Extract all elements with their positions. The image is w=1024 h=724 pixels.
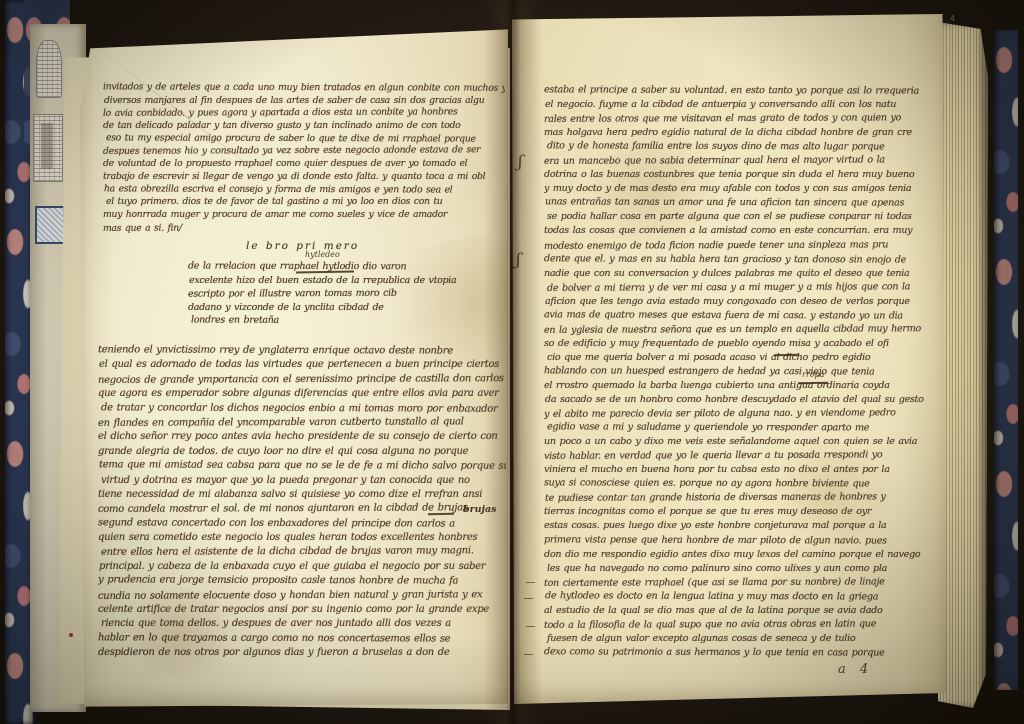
manuscript-line: excelente hizo del buen estado de la rre… xyxy=(188,274,488,288)
manuscript-line: de hytlodeo es docto en la lengua latina… xyxy=(544,589,940,604)
manuscript-line: mas que a si. fin/ xyxy=(103,221,505,235)
manuscript-line: despues tenemos hio y consultado ya vez … xyxy=(103,145,505,159)
manuscript-line: de tan delicado paladar y tan diverso gu… xyxy=(103,120,505,133)
manuscript-line: de tratar y concordar los dichos negocio… xyxy=(98,401,506,417)
manuscript-line: el rrostro quemado la barba luenga cubie… xyxy=(544,379,940,393)
marbled-endpaper-right xyxy=(994,30,1018,690)
manuscript-line: y muy docto y de mas desto era muy afabl… xyxy=(544,182,940,196)
interlinear-correction: rropa xyxy=(802,370,824,379)
pen-flourish: ʃ xyxy=(516,250,521,270)
manuscript-line: cio que me queria bolver a mi posada aca… xyxy=(544,351,940,365)
manuscript-line: rales entre los otros que me visitavan e… xyxy=(544,111,940,127)
manuscript-line: londres en bretaña xyxy=(188,314,488,329)
right-page: estaba el principe a saber su voluntad. … xyxy=(512,14,946,704)
manuscript-line: que agora es emperador sobre algunas dif… xyxy=(98,387,506,401)
manuscript-line: dexo como su patrimonio a sus hermanos y… xyxy=(544,645,940,660)
manuscript-line: modesto enemigo de toda ficion nadie pue… xyxy=(544,238,940,254)
manuscript-line: riencia que toma dellos. y despues de av… xyxy=(98,617,506,631)
margin-correction-note: brujas xyxy=(463,504,497,515)
manuscript-line: dadano y vizconde de la ynclita cibdad d… xyxy=(188,301,488,315)
stamp-engraving-icon xyxy=(35,206,65,244)
manuscript-line: invitados y de arteles que a cada uno mu… xyxy=(103,81,505,95)
letter-closing-paragraph: invitados y de arteles que a cada uno mu… xyxy=(103,82,505,234)
manuscript-line: el negocio. fuyme a la cibdad de antuerp… xyxy=(544,98,940,112)
manuscript-line: grande alegria de todos. de cuyo loor no… xyxy=(98,445,506,459)
manuscript-line: les que ha navegado no como palinuro sin… xyxy=(544,562,940,576)
manuscript-line: teniendo el ynvictissimo rrey de ynglate… xyxy=(98,343,506,359)
manuscript-line: escripto por el illustre varon tomas mor… xyxy=(188,287,488,302)
manuscript-line: trabajo de escrevir si llegar de vengo y… xyxy=(103,171,505,184)
manuscript-line: el dicho señor rrey poco antes avia hech… xyxy=(98,430,506,444)
manuscript-line: quien sera cometido este negocio los qua… xyxy=(98,531,506,545)
manuscript-line: un poco a un cabo y dixo me veis este se… xyxy=(544,435,940,449)
manuscript-line: dente que el. y mas en su habla hera tan… xyxy=(544,252,940,267)
right-page-text: estaba el principe a saber su voluntad. … xyxy=(544,84,940,660)
manuscript-line: ton ciertamente este rraphael (que asi s… xyxy=(544,575,940,591)
quire-signature-mark: a 4 xyxy=(838,662,868,677)
manuscript-line: de voluntad de lo propuesto rraphael com… xyxy=(103,158,505,171)
strikethrough-mark xyxy=(774,354,798,356)
manuscript-line: da sacado se de un honbro como honbre de… xyxy=(544,393,940,407)
manuscript-line: de bolver a mi tierra y de ver mi casa y… xyxy=(544,280,940,296)
manuscript-line: despidieron de nos otros por algunos dia… xyxy=(98,646,506,660)
manuscript-line: te pudiese contar tan grande historia de… xyxy=(544,490,940,506)
manuscript-photo: invitados y de arteles que a cada uno mu… xyxy=(0,0,1024,724)
manuscript-line: hablando con un huesped estrangero de he… xyxy=(544,364,940,379)
manuscript-line: todas las cosas que convienen a la amist… xyxy=(544,224,940,238)
left-page: invitados y de arteles que a cada uno mu… xyxy=(80,28,508,708)
manuscript-line: fuesen de algun valor excepto algunas co… xyxy=(544,632,940,646)
manuscript-line: principal. y cabeza de la enbaxada cuyo … xyxy=(98,560,506,574)
manuscript-line: hablar en lo que trayamos a cargo como n… xyxy=(98,631,506,647)
manuscript-line: segund estava concertado con los enbaxad… xyxy=(98,516,506,532)
monument-engraving-icon xyxy=(33,114,63,182)
manuscript-line: tema que mi amistad sea cabsa para que n… xyxy=(98,458,506,474)
interlinear-correction: hytledeo xyxy=(305,250,340,259)
manuscript-line: visto hablar. en verdad que yo le queria… xyxy=(544,448,940,464)
manuscript-line: como candela mostrar el sol. de mi nonos… xyxy=(98,501,506,517)
manuscript-line: virtud y dotrina es mayor que yo la pued… xyxy=(98,474,506,488)
book-one-opening-paragraph: teniendo el ynvictissimo rrey de ynglate… xyxy=(98,344,506,661)
manuscript-line: viniera el mucho en buena hora por tu ca… xyxy=(544,463,940,477)
manuscript-line: en la yglesia de nuestra señora que es u… xyxy=(544,322,940,338)
manuscript-line: y prudencia era jorge temsicio proposito… xyxy=(98,574,506,590)
margin-dash-mark xyxy=(526,626,535,627)
manuscript-line: don dio me respondio egidio antes dixo m… xyxy=(544,548,940,562)
margin-dash-mark xyxy=(524,598,533,599)
margin-dash-mark xyxy=(524,654,533,655)
manuscript-line: tiene necessidad de mi alabanza salvo si… xyxy=(98,488,506,502)
manuscript-line: todo a la filosofia de la qual supo que … xyxy=(544,617,940,633)
manuscript-line: egidio vase a mi y saludame y queriendol… xyxy=(544,420,940,435)
manuscript-line: se podia hallar cosa en parte alguna que… xyxy=(544,210,940,224)
manuscript-line: dotrina o las buenas costunbres que teni… xyxy=(544,168,940,182)
manuscript-line: muy honrrada muger y procura de amar me … xyxy=(103,209,505,222)
red-ink-dot xyxy=(69,633,73,637)
manuscript-line: so de edificio y muy frequentado de pueb… xyxy=(544,337,940,351)
manuscript-line: tierras incognitas como el porque se que… xyxy=(544,505,940,519)
pen-flourish: ʃ xyxy=(518,152,523,172)
manuscript-line: en flandes en compañia del yncomparable … xyxy=(98,415,506,431)
manuscript-line: entre ellos hera el asistente de la dich… xyxy=(98,545,506,561)
manuscript-line: estaba el principe a saber su voluntad. … xyxy=(544,83,940,98)
manuscript-line: primera vista pense que hera honbre de m… xyxy=(544,533,940,548)
manuscript-line: mas holgava hera pedro egidio natural de… xyxy=(544,126,940,140)
manuscript-line: cundia no solamente elocuente doso y hon… xyxy=(98,588,506,604)
manuscript-line: avia mas de quatro meses que estava fuer… xyxy=(544,308,940,323)
manuscript-line: celente artifice de tratar negocios ansi… xyxy=(98,603,506,617)
manuscript-line: lo avia conbidado. y pues agora y aparta… xyxy=(103,106,505,120)
manuscript-line: era un mancebo que no sabia determinar q… xyxy=(544,153,940,169)
manuscript-line: nadie que con su conversacion y dulces p… xyxy=(544,267,940,281)
folio-corner-mark: 4 xyxy=(950,14,955,23)
book-one-heading: le bro pri mero xyxy=(246,240,359,252)
manuscript-line: estas cosas. pues luego dixe yo este hon… xyxy=(544,519,940,533)
manuscript-line: el qual es adornado de todas las virtude… xyxy=(98,358,506,372)
manuscript-line: ha esta obrezilla escriva el consejo y f… xyxy=(103,183,505,197)
manuscript-line: al estudio de la qual se dio mas que al … xyxy=(544,604,940,618)
figure-engraving-icon xyxy=(36,40,62,98)
manuscript-line: el tuyo primero. dios te de favor de tal… xyxy=(103,196,505,209)
margin-dash-mark xyxy=(526,582,535,583)
manuscript-line: negocios de grande ymportancia con el se… xyxy=(98,372,506,388)
manuscript-line: unas entrañas tan sanas un amor una fe u… xyxy=(544,196,940,211)
manuscript-line: aficion que les tengo avia estado muy co… xyxy=(544,295,940,309)
